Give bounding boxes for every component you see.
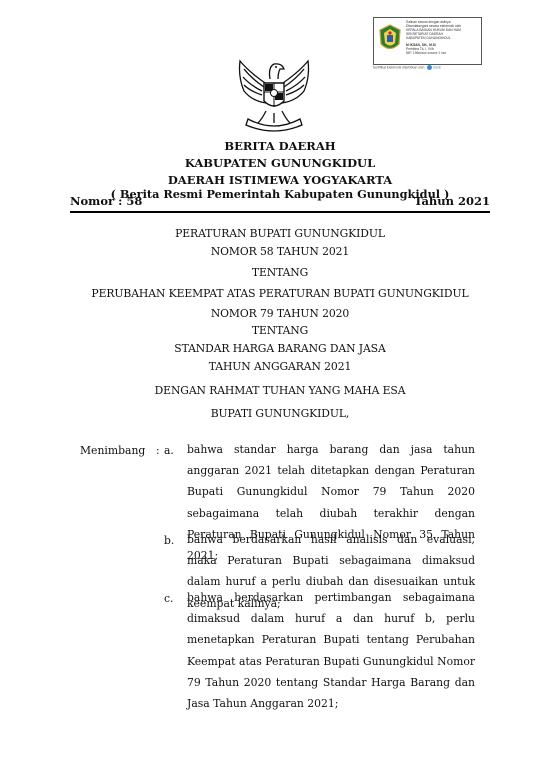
issue-number: Nomor : 58 xyxy=(70,194,142,208)
signer-nip: NIP. 196xxxxx xxxxxx 1 xxx xyxy=(406,51,479,55)
regency-name: KABUPATEN GUNUNGKIDUL xyxy=(70,156,490,170)
budget-year: TAHUN ANGGARAN 2021 xyxy=(70,360,490,373)
item-marker-a: a. xyxy=(164,444,174,457)
issue-year: Tahun 2021 xyxy=(414,194,490,208)
province-name: DAERAH ISTIMEWA YOGYAKARTA xyxy=(70,173,490,187)
regulation-title: PERATURAN BUPATI GUNUNGKIDUL xyxy=(70,227,490,240)
considering-colon: : xyxy=(156,444,160,457)
e-signature-box: Salinan sesuai dengan aslinya Ditandatan… xyxy=(373,17,482,65)
regulation-about: TENTANG xyxy=(70,266,490,279)
gazette-title: BERITA DAERAH xyxy=(70,139,490,153)
bsre-label: BSrE xyxy=(433,65,441,69)
considering-item-c: bahwa berdasarkan pertimbangan sebagaima… xyxy=(187,587,475,714)
certificate-footer: Sertifikat Elektronik diterbitkan oleh B… xyxy=(373,65,441,70)
amended-regulation-subject: STANDAR HARGA BARANG DAN JASA xyxy=(70,342,490,355)
amended-regulation-number: NOMOR 79 TAHUN 2020 xyxy=(70,307,490,320)
invocation: DENGAN RAHMAT TUHAN YANG MAHA ESA xyxy=(70,384,490,397)
signature-text: Salinan sesuai dengan aslinya Ditandatan… xyxy=(406,20,479,55)
amended-regulation-about: TENTANG xyxy=(70,324,490,337)
garuda-pancasila-emblem-icon xyxy=(228,55,320,135)
regent-title: BUPATI GUNUNGKIDUL, xyxy=(70,407,490,420)
regulation-number: NOMOR 58 TAHUN 2021 xyxy=(70,245,490,258)
header-divider xyxy=(70,211,490,213)
considering-label: Menimbang xyxy=(80,444,145,457)
gunungkidul-regency-emblem-icon xyxy=(378,24,402,54)
item-marker-b: b. xyxy=(164,534,174,547)
issue-number-row: Nomor : 58 Tahun 2021 xyxy=(70,194,490,208)
regulation-subject: PERUBAHAN KEEMPAT ATAS PERATURAN BUPATI … xyxy=(70,287,490,300)
bsre-logo-icon xyxy=(427,65,432,70)
item-marker-c: c. xyxy=(164,592,173,605)
certificate-text: Sertifikat Elektronik diterbitkan oleh xyxy=(373,65,425,69)
